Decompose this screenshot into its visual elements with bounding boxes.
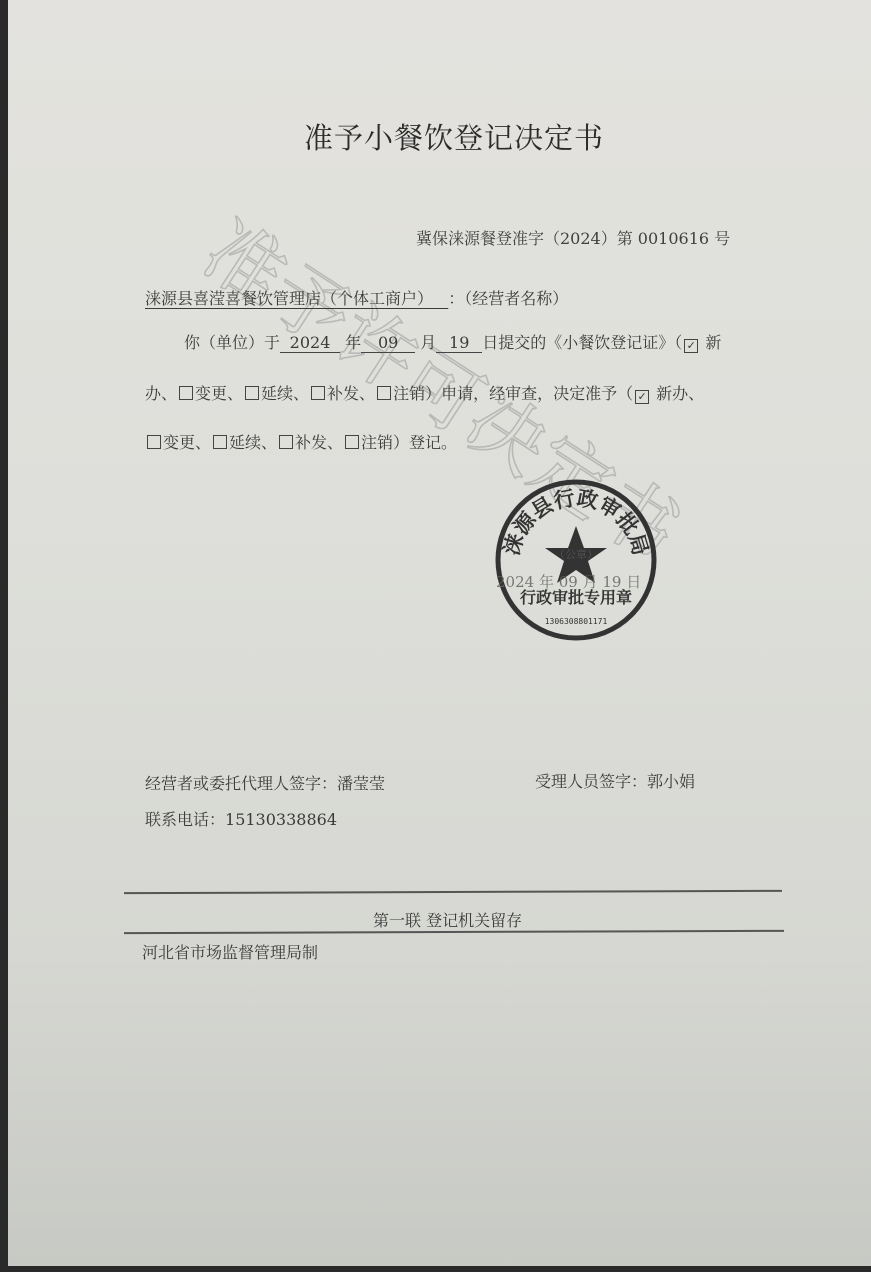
document-title: 准予小餐饮登记决定书 xyxy=(304,116,604,157)
svg-text:1306308801171: 1306308801171 xyxy=(545,617,608,626)
decision-options-line: 变更、延续、补发、注销）登记。 xyxy=(145,430,457,453)
operator-name-suffix: ：（经营者名称） xyxy=(448,289,568,308)
copy-label: 第一联 登记机关留存 xyxy=(373,908,522,931)
receiver-signature-name: 郭小娟 xyxy=(647,772,695,791)
month-field: 09 xyxy=(361,333,415,353)
operator-name: 涞源县喜滢喜餐饮管理店（个体工商户） xyxy=(145,289,433,308)
checkbox-application-reissue xyxy=(311,386,325,400)
document-number: 冀保涞源餐登准字（2024）第 0010616 号 xyxy=(416,226,730,249)
application-options-line: 办、变更、延续、补发、注销）申请，经审查，决定准予（✓ 新办、 xyxy=(145,381,704,404)
phone-number: 15130338864 xyxy=(225,810,337,829)
operator-signature: 经营者或委托代理人签字：潘莹莹 xyxy=(145,771,385,794)
divider-top xyxy=(124,890,782,894)
checkbox-decision-new: ✓ xyxy=(635,390,649,404)
year-field: 2024 xyxy=(280,333,340,353)
checkbox-decision-change xyxy=(147,435,161,449)
issuer-label: 河北省市场监督管理局制 xyxy=(142,940,318,963)
submission-line: 你（单位）于2024 年09 月19日提交的《小餐饮登记证》（✓ 新 xyxy=(184,330,721,353)
operator-signature-name: 潘莹莹 xyxy=(337,774,385,793)
checkbox-application-renew xyxy=(245,386,259,400)
official-seal: 涞源县行政审批局 （公章） 行政审批专用章 1306308801171 xyxy=(494,478,658,642)
contact-phone: 联系电话：15130338864 xyxy=(145,807,337,830)
checkbox-application-new: ✓ xyxy=(684,339,698,353)
checkbox-decision-reissue xyxy=(279,435,293,449)
svg-text:（公章）: （公章） xyxy=(554,547,598,561)
checkbox-decision-renew xyxy=(213,435,227,449)
document-page: 准予许可决定书 准予小餐饮登记决定书 冀保涞源餐登准字（2024）第 00106… xyxy=(8,0,871,1266)
operator-line: 涞源县喜滢喜餐饮管理店（个体工商户） ：（经营者名称） xyxy=(145,286,568,309)
day-field: 19 xyxy=(436,333,482,353)
seal-date: 2024 年 09 月 19 日 xyxy=(496,571,641,592)
checkbox-application-change xyxy=(179,386,193,400)
checkbox-application-cancel xyxy=(377,386,391,400)
divider-bottom xyxy=(124,930,784,934)
receiver-signature: 受理人员签字：郭小娟 xyxy=(535,769,695,792)
checkbox-decision-cancel xyxy=(345,435,359,449)
